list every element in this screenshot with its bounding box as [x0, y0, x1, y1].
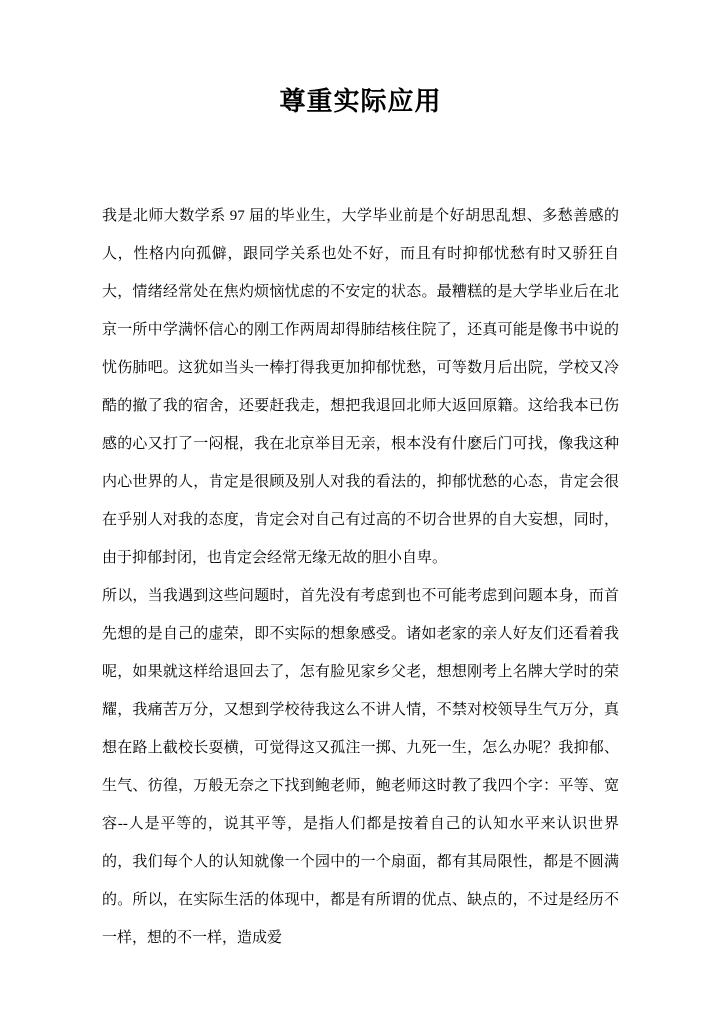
paragraph-1: 我是北师大数学系 97 届的毕业生，大学毕业前是个好胡思乱想、多愁善感的人，性格… — [102, 197, 619, 577]
page-title: 尊重实际应用 — [0, 0, 721, 120]
paragraph-2: 所以，当我遇到这些问题时，首先没有考虑到也不可能考虑到问题本身，而首先想的是自己… — [102, 577, 619, 957]
document-body: 我是北师大数学系 97 届的毕业生，大学毕业前是个好胡思乱想、多愁善感的人，性格… — [102, 197, 619, 957]
document-page: 尊重实际应用 我是北师大数学系 97 届的毕业生，大学毕业前是个好胡思乱想、多愁… — [0, 0, 721, 1020]
